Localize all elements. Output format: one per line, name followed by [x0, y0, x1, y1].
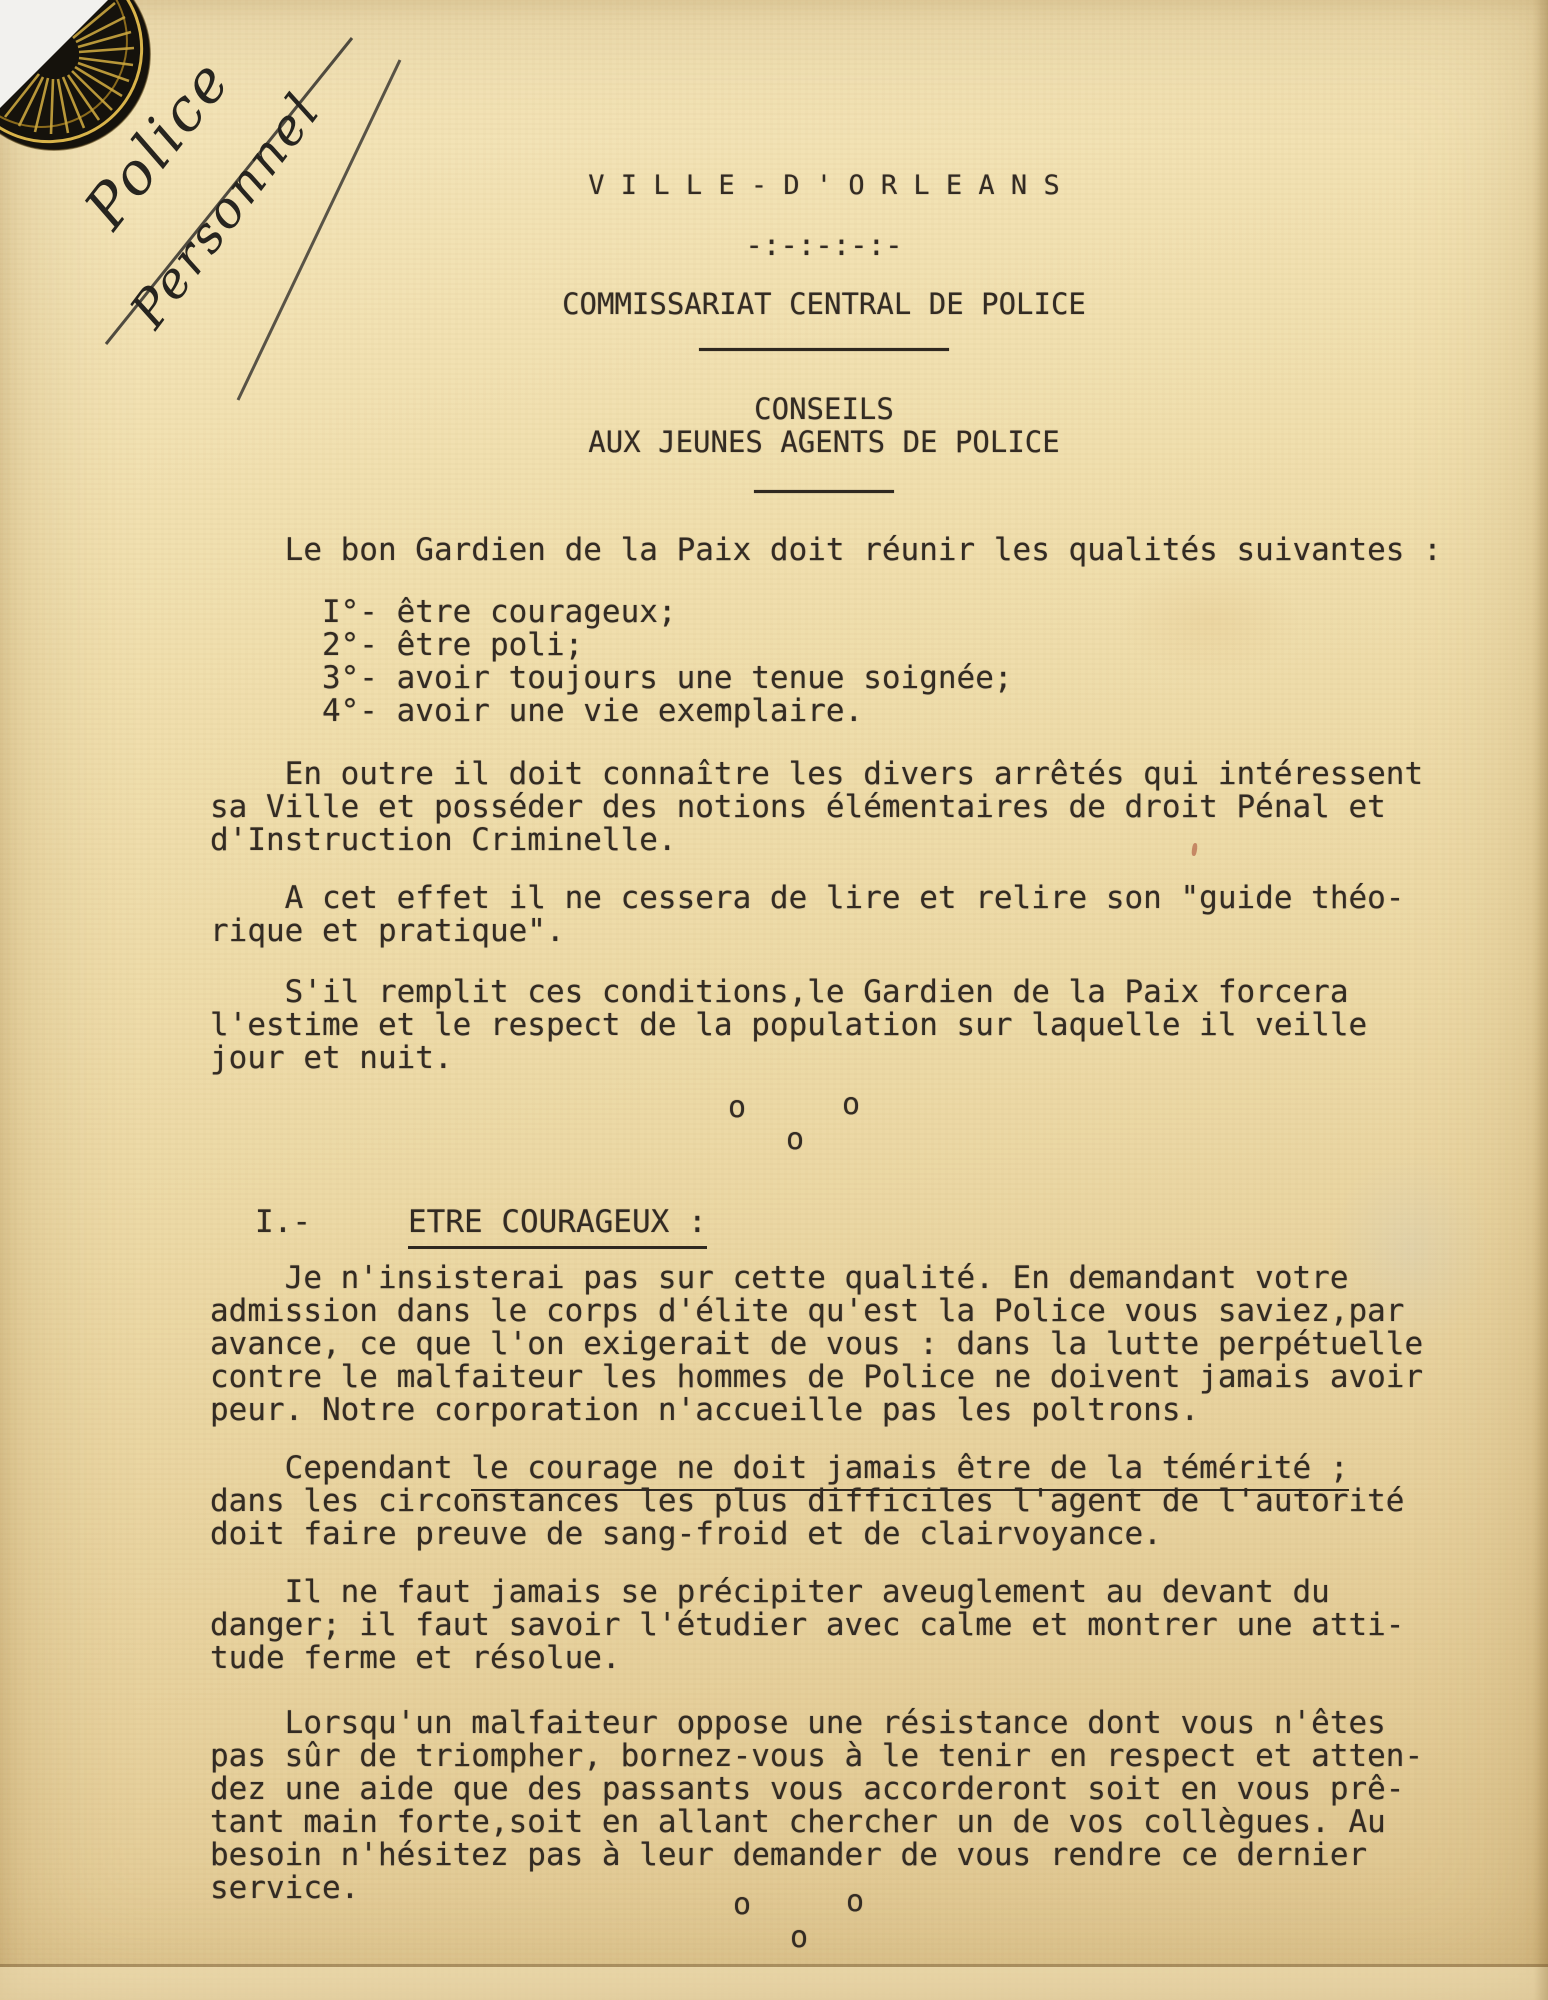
header-rule — [100, 348, 1548, 351]
paragraph-line: Je n'insisterai pas sur cette qualité. E… — [210, 1262, 1423, 1295]
paragraph-line: avance, ce que l'on exigerait de vous : … — [210, 1328, 1423, 1361]
section-number: I.- — [255, 1204, 311, 1240]
paragraph-line: jour et nuit. — [210, 1042, 1367, 1075]
paragraph-line: rique et pratique". — [210, 915, 1404, 948]
paragraph-precipiter: Il ne faut jamais se précipiter aveuglem… — [210, 1576, 1404, 1675]
paragraph-line: pas sûr de triompher, bornez-vous à le t… — [210, 1740, 1423, 1773]
paragraph-line: tant main forte,soit en allant chercher … — [210, 1806, 1423, 1839]
paragraph-line: tude ferme et résolue. — [210, 1642, 1404, 1675]
paragraph-insisterai: Je n'insisterai pas sur cette qualité. E… — [210, 1262, 1423, 1427]
paragraph-line: l'estime et le respect de la population … — [210, 1009, 1367, 1042]
scanned-document-page: { "document": { "colors": { "paper": "#e… — [0, 0, 1548, 2000]
paragraph-line: Cependant le courage ne doit jamais être… — [210, 1452, 1404, 1485]
separator-dot: o — [846, 1884, 864, 1919]
paragraph-line: admission dans le corps d'élite qu'est l… — [210, 1295, 1423, 1328]
paragraph-outre: En outre il doit connaître les divers ar… — [210, 758, 1423, 857]
separator-dot: o — [790, 1920, 808, 1955]
section-heading: ETRE COURAGEUX : — [408, 1204, 707, 1249]
quality-item: 2°- être poli; — [210, 629, 1013, 662]
paragraph-cependant: Cependant le courage ne doit jamais être… — [210, 1452, 1404, 1551]
paragraph-line: danger; il faut savoir l'étudier avec ca… — [210, 1609, 1404, 1642]
paragraph-line: S'il remplit ces conditions,le Gardien d… — [210, 976, 1367, 1009]
title-rule — [100, 490, 1548, 493]
separator-dot: o — [728, 1090, 746, 1125]
paragraph-line: En outre il doit connaître les divers ar… — [210, 758, 1423, 791]
header-divider: -:-:-:-:- — [100, 228, 1548, 262]
paragraph-line: peur. Notre corporation n'accueille pas … — [210, 1394, 1423, 1427]
paragraph-line: dez une aide que des passants vous accor… — [210, 1773, 1423, 1806]
separator-dot: o — [733, 1887, 751, 1922]
qualities-list: I°- être courageux; 2°- être poli; 3°- a… — [210, 596, 1013, 728]
paragraph-line: sa Ville et posséder des notions élément… — [210, 791, 1423, 824]
paragraph-line: d'Instruction Criminelle. — [210, 824, 1423, 857]
paragraph-line: A cet effet il ne cessera de lire et rel… — [210, 882, 1404, 915]
separator-dot: o — [842, 1087, 860, 1122]
page-bottom-margin — [0, 1967, 1548, 2000]
intro-paragraph: Le bon Gardien de la Paix doit réunir le… — [210, 534, 1442, 567]
paragraph-effet: A cet effet il ne cessera de lire et rel… — [210, 882, 1404, 948]
paragraph-line: doit faire preuve de sang-froid et de cl… — [210, 1518, 1404, 1551]
quality-item: I°- être courageux; — [210, 596, 1013, 629]
paragraph-line: besoin n'hésitez pas à leur demander de … — [210, 1839, 1423, 1872]
paragraph-line: Lorsqu'un malfaiteur oppose une résistan… — [210, 1707, 1423, 1740]
quality-item: 4°- avoir une vie exemplaire. — [210, 695, 1013, 728]
intro-line: Le bon Gardien de la Paix doit réunir le… — [210, 534, 1442, 567]
separator-dot: o — [786, 1122, 804, 1157]
paragraph-line: service. — [210, 1872, 1423, 1905]
paragraph-malfaiteur: Lorsqu'un malfaiteur oppose une résistan… — [210, 1707, 1423, 1905]
paragraph-line: contre le malfaiteur les hommes de Polic… — [210, 1361, 1423, 1394]
doc-title: CONSEILS — [100, 392, 1548, 426]
paragraph-line: dans les circonstances les plus difficil… — [210, 1485, 1404, 1518]
doc-subtitle: AUX JEUNES AGENTS DE POLICE — [100, 425, 1548, 459]
paragraph-conditions: S'il remplit ces conditions,le Gardien d… — [210, 976, 1367, 1075]
header-department: COMMISSARIAT CENTRAL DE POLICE — [100, 287, 1548, 321]
line-lead: Cependant — [210, 1450, 471, 1486]
header-city: V I L L E - D ' O R L E A N S — [100, 170, 1548, 201]
quality-item: 3°- avoir toujours une tenue soignée; — [210, 662, 1013, 695]
paragraph-line: Il ne faut jamais se précipiter aveuglem… — [210, 1576, 1404, 1609]
